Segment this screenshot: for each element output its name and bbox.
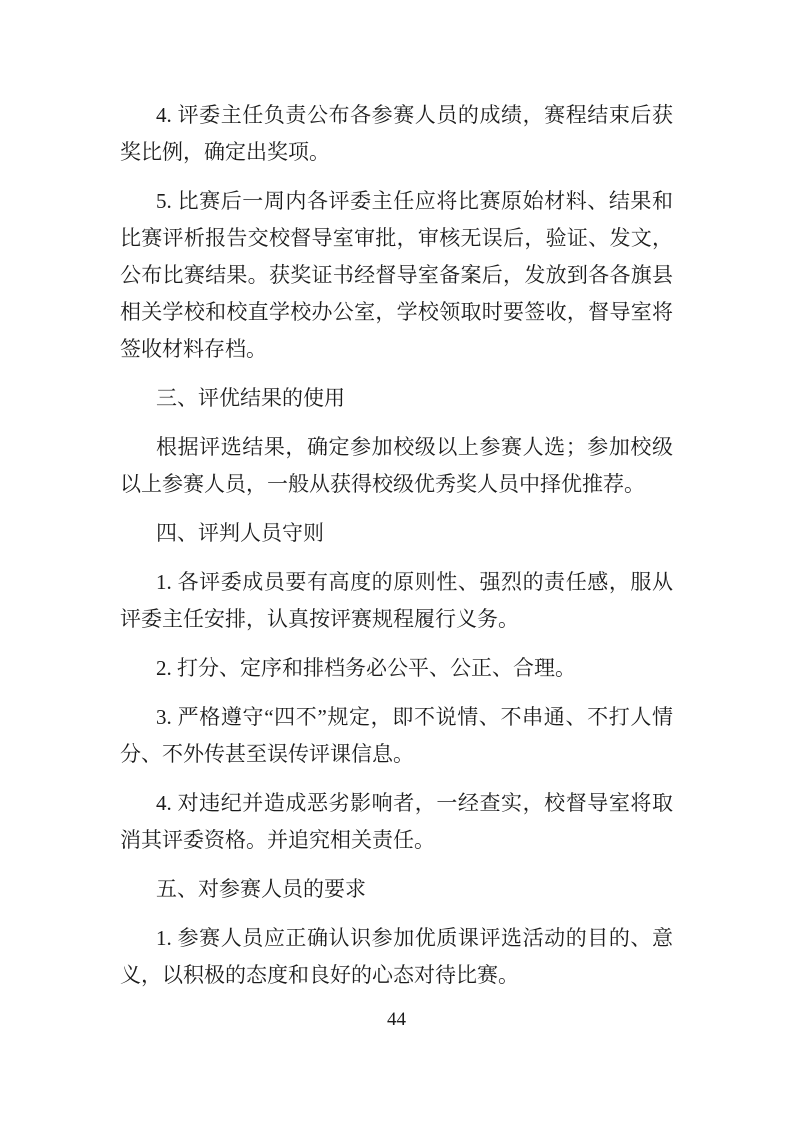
body-paragraph: 2. 打分、定序和排档务必公平、公正、合理。: [120, 650, 673, 687]
body-paragraph: 5. 比赛后一周内各评委主任应将比赛原始材料、结果和比赛评析报告交校督导室审批，…: [120, 183, 673, 368]
body-paragraph: 4. 评委主任负责公布各参赛人员的成绩，赛程结束后获奖比例，确定出奖项。: [120, 97, 673, 171]
body-paragraph: 3. 严格遵守“四不”规定，即不说情、不串通、不打人情分、不外传甚至误传评课信息…: [120, 699, 673, 773]
section-heading: 三、评优结果的使用: [120, 380, 673, 417]
body-paragraph: 根据评选结果，确定参加校级以上参赛人选；参加校级以上参赛人员，一般从获得校级优秀…: [120, 429, 673, 503]
document-content: 4. 评委主任负责公布各参赛人员的成绩，赛程结束后获奖比例，确定出奖项。 5. …: [0, 0, 793, 1034]
body-paragraph: 1. 参赛人员应正确认识参加优质课评选活动的目的、意义，以积极的态度和良好的心态…: [120, 920, 673, 994]
section-heading: 五、对参赛人员的要求: [120, 871, 673, 908]
body-paragraph: 4. 对违纪并造成恶劣影响者，一经查实，校督导室将取消其评委资格。并追究相关责任…: [120, 785, 673, 859]
page-number: 44: [120, 1006, 673, 1034]
body-paragraph: 1. 各评委成员要有高度的原则性、强烈的责任感，服从评委主任安排，认真按评赛规程…: [120, 564, 673, 638]
section-heading: 四、评判人员守则: [120, 515, 673, 552]
document-page: 4. 评委主任负责公布各参赛人员的成绩，赛程结束后获奖比例，确定出奖项。 5. …: [0, 0, 793, 1122]
